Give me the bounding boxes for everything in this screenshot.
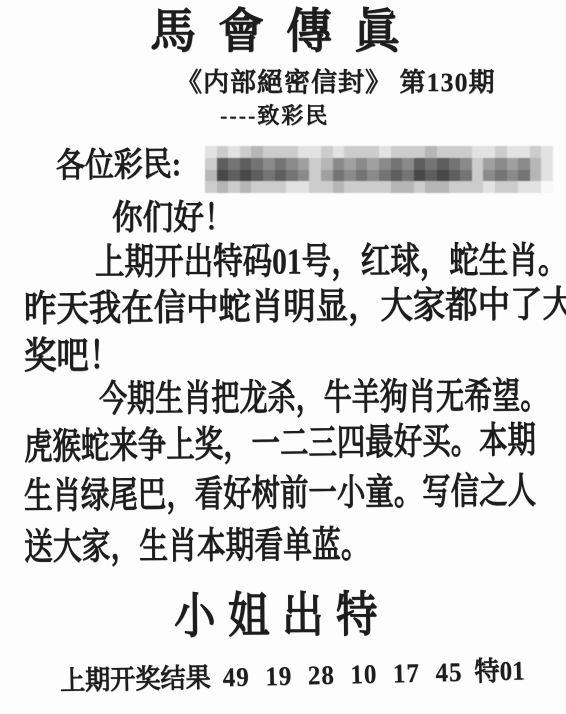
salutation: 各位彩民: bbox=[56, 148, 182, 184]
body-line-5: 虎猴蛇来争上奖，一二三四最好买。本期 bbox=[24, 421, 536, 465]
body-line-2: 昨天我在信中蛇肖明显，大家都中了大 bbox=[24, 286, 566, 328]
headline-tip: 小姐出特 bbox=[174, 591, 390, 642]
scanned-lottery-letter: 馬會傳眞 《内部絕密信封》 第130期 ----致彩民 各位彩民: 你们好！ 上… bbox=[0, 0, 566, 714]
results-numbers: 49 19 28 10 17 45 bbox=[222, 659, 462, 691]
issue-line: 《内部絕密信封》 第130期 bbox=[176, 70, 496, 96]
previous-results-line: 上期开奖结果 49 19 28 10 17 45 特01 bbox=[60, 657, 525, 695]
censored-contact-block bbox=[205, 146, 553, 193]
page-title: 馬會傳眞 bbox=[150, 8, 422, 56]
greeting: 你们好！ bbox=[112, 202, 234, 236]
body-line-6: 生肖绿尾巴，看好树前一小童。写信之人 bbox=[24, 472, 536, 514]
body-line-3: 奖吧！ bbox=[24, 338, 121, 375]
results-special-number: 特01 bbox=[474, 657, 525, 685]
body-line-4: 今期生肖把龙杀，牛羊狗肖无希望。 bbox=[99, 378, 549, 418]
body-line-7: 送大家，生肖本期看单蓝。 bbox=[24, 526, 370, 565]
body-line-1: 上期开出特码01号，红球，蛇生肖。 bbox=[95, 242, 566, 280]
results-label: 上期开奖结果 bbox=[60, 665, 211, 695]
dedication-line: ----致彩民 bbox=[220, 105, 329, 127]
